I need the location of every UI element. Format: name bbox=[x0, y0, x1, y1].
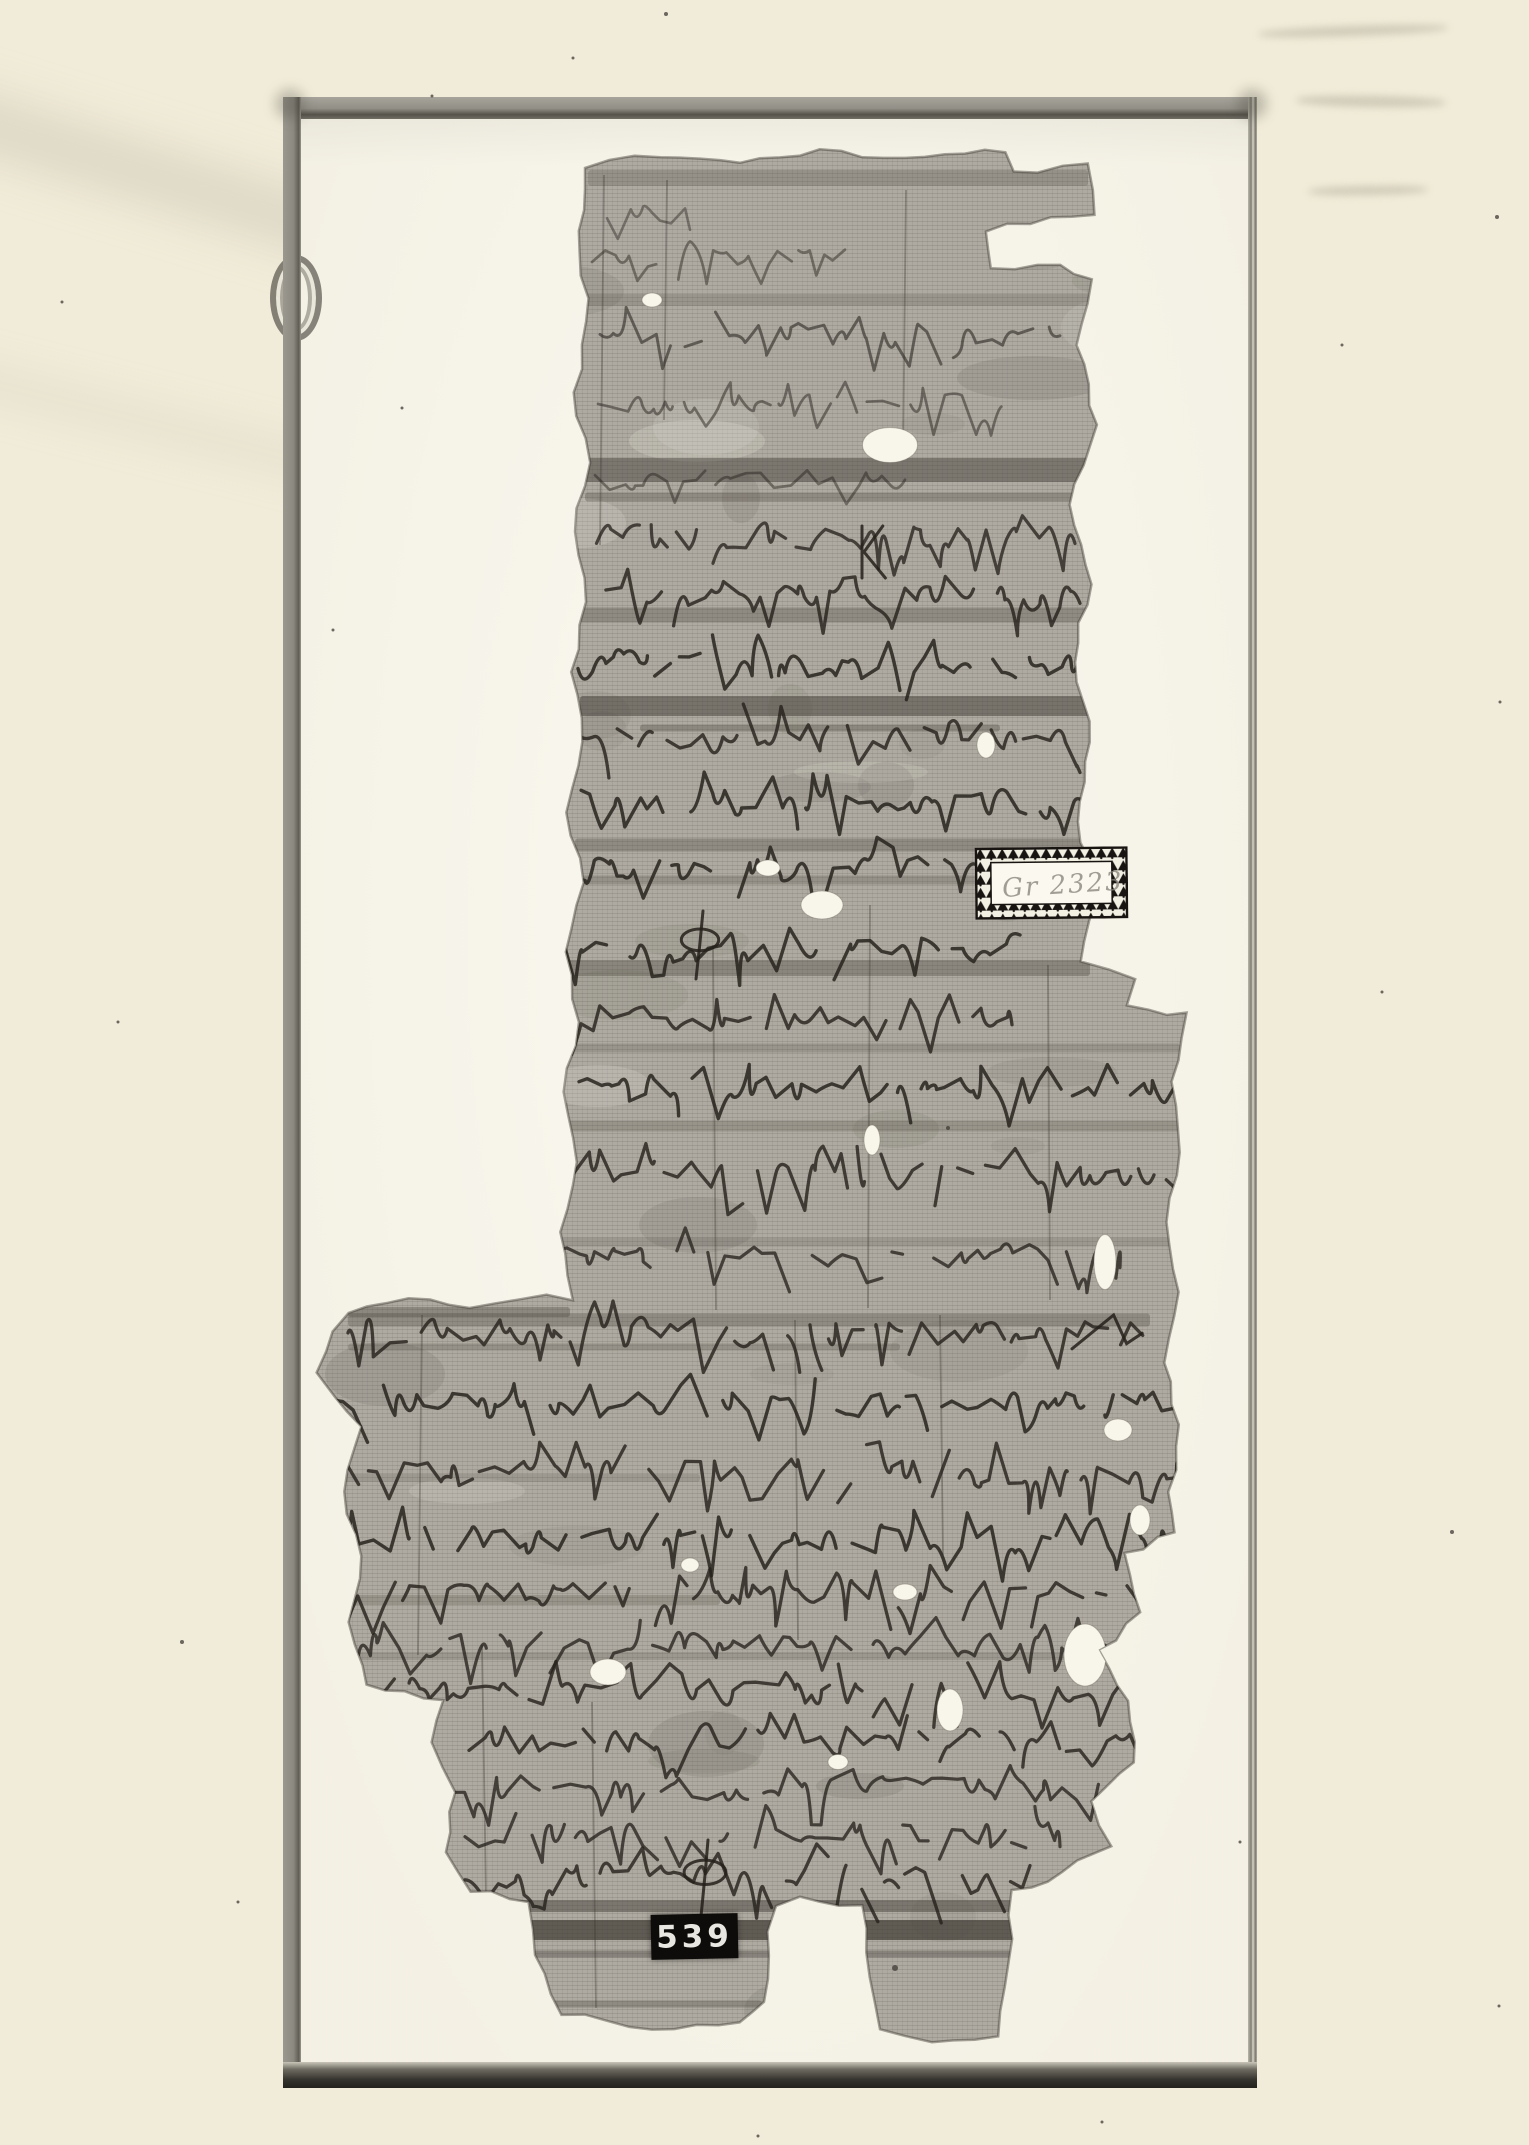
corner-shade bbox=[1237, 89, 1267, 119]
glass-mount bbox=[283, 97, 1257, 2088]
inventory-label: Gr 2323 bbox=[975, 846, 1129, 920]
mount-edge-left bbox=[283, 97, 301, 2088]
corner-shade bbox=[275, 89, 305, 119]
mount-edge-right bbox=[1248, 97, 1257, 2088]
mount-edge-bottom bbox=[283, 2062, 1257, 2088]
glass-sheen bbox=[301, 119, 1248, 2062]
photograph: Gr 2323 539 bbox=[0, 0, 1529, 2145]
ghost-writing-smudge bbox=[1258, 23, 1448, 40]
ghost-writing-smudge bbox=[1296, 95, 1446, 109]
plate-number-label: 539 bbox=[651, 1913, 739, 1960]
ghost-writing-smudge bbox=[1308, 185, 1428, 196]
mount-edge-top bbox=[283, 97, 1257, 119]
inventory-label-frame: Gr 2323 bbox=[975, 846, 1129, 920]
